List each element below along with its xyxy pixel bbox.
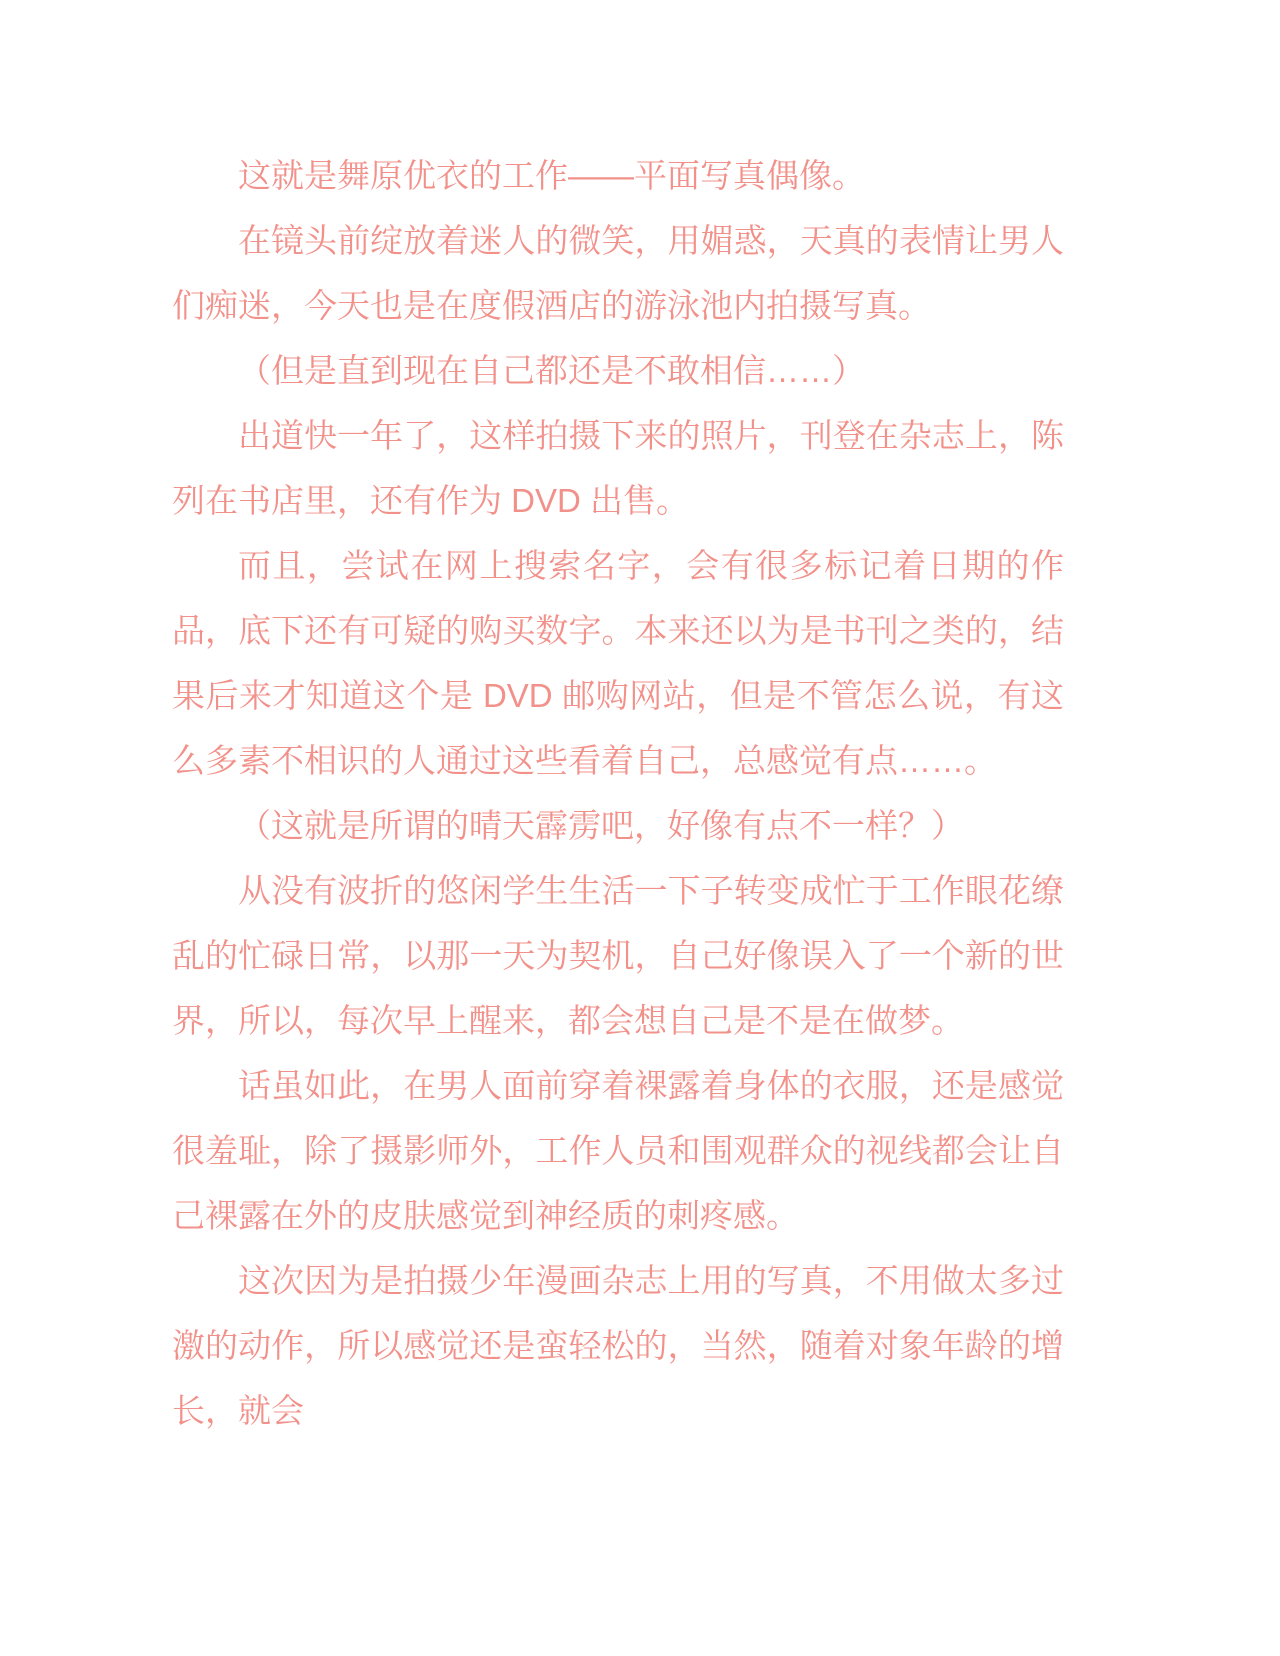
reader-page: 这就是舞原优衣的工作——平面写真偶像。 在镜头前绽放着迷人的微笑，用媚惑，天真的…: [172, 143, 1064, 1443]
paragraph: 这就是舞原优衣的工作——平面写真偶像。: [172, 143, 1064, 208]
paragraph: 出道快一年了，这样拍摄下来的照片，刊登在杂志上，陈列在书店里，还有作为 DVD …: [172, 403, 1064, 533]
paragraph: （但是直到现在自己都还是不敢相信……）: [172, 338, 1064, 403]
paragraph: 这次因为是拍摄少年漫画杂志上用的写真，不用做太多过激的动作，所以感觉还是蛮轻松的…: [172, 1248, 1064, 1443]
paragraph: （这就是所谓的晴天霹雳吧，好像有点不一样？）: [172, 793, 1064, 858]
paragraph: 从没有波折的悠闲学生生活一下子转变成忙于工作眼花缭乱的忙碌日常，以那一天为契机，…: [172, 858, 1064, 1053]
paragraph: 而且，尝试在网上搜索名字，会有很多标记着日期的作品，底下还有可疑的购买数字。本来…: [172, 533, 1064, 793]
paragraph: 在镜头前绽放着迷人的微笑，用媚惑，天真的表情让男人们痴迷，今天也是在度假酒店的游…: [172, 208, 1064, 338]
paragraph: 话虽如此，在男人面前穿着裸露着身体的衣服，还是感觉很羞耻，除了摄影师外，工作人员…: [172, 1053, 1064, 1248]
